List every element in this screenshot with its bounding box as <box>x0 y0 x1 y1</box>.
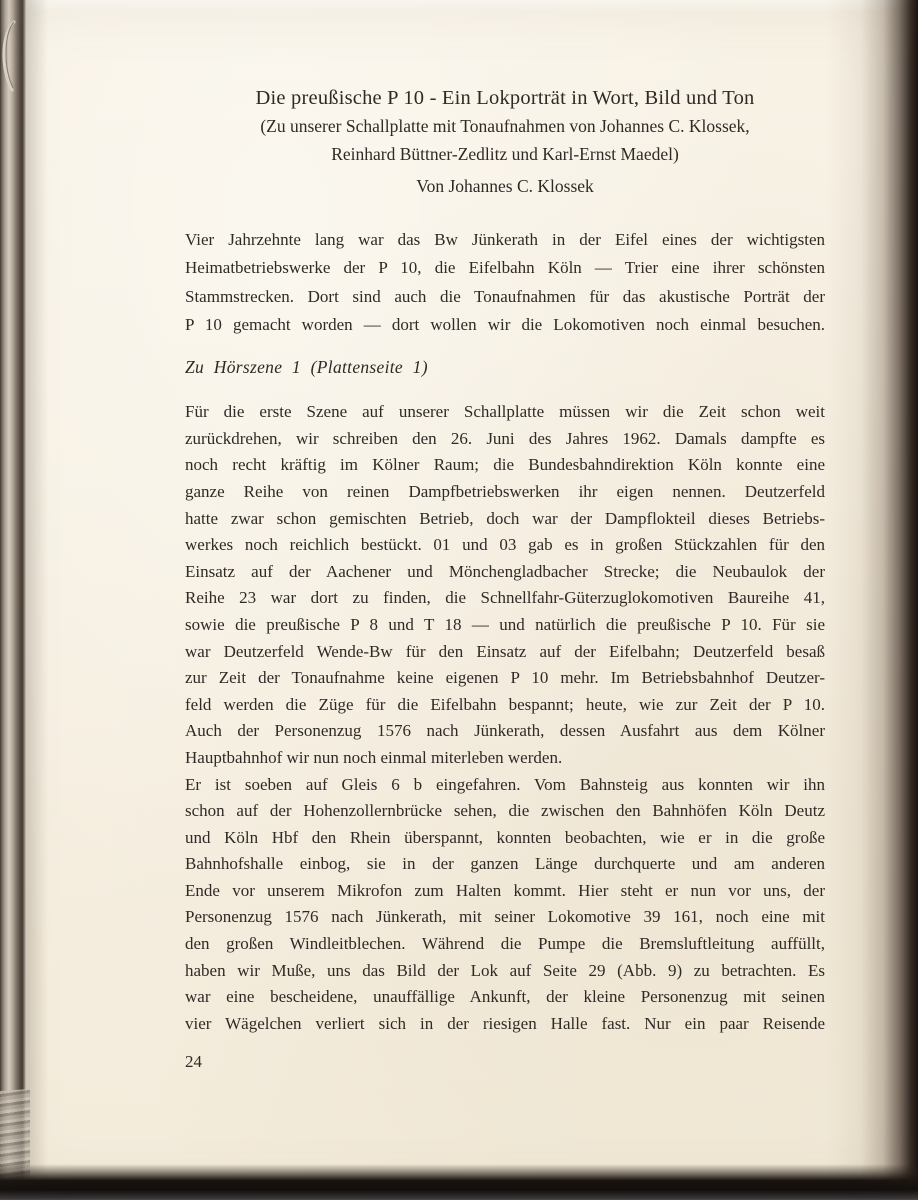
text-line: schon auf der Hohenzollernbrücke sehen, … <box>185 798 825 825</box>
scanner-bed-band <box>0 1164 918 1200</box>
text-line: Reihe 23 war dort zu finden, die Schnell… <box>185 585 825 612</box>
text-line: Auch der Personenzug 1576 nach Jünkerath… <box>185 718 825 745</box>
text-line: Personenzug 1576 nach Jünkerath, mit sei… <box>185 904 825 931</box>
book-page-scan: Die preußische P 10 - Ein Lokporträt in … <box>0 0 918 1200</box>
text-line: Einsatz auf der Aachener und Mönchenglad… <box>185 559 825 586</box>
text-line: war eine bescheidene, unauffällige Ankun… <box>185 984 825 1011</box>
text-line: sowie die preußische P 8 und T 18 — und … <box>185 612 825 639</box>
text-line: Hauptbahnhof wir nun noch einmal miterle… <box>185 745 825 772</box>
article-byline: Von Johannes C. Klossek <box>185 172 825 200</box>
page-curve-shadow <box>826 0 918 1200</box>
text-line: Vier Jahrzehnte lang war das Bw Jünkerat… <box>185 226 825 254</box>
text-line: vier Wägelchen verliert sich in der ries… <box>185 1011 825 1038</box>
text-line: den großen Windleitblechen. Während die … <box>185 931 825 958</box>
text-line: Für die erste Szene auf unserer Schallpl… <box>185 399 825 426</box>
text-line: P 10 gemacht worden — dort wollen wir di… <box>185 311 825 339</box>
text-line: Er ist soeben auf Gleis 6 b eingefahren.… <box>185 772 825 799</box>
text-line: und Köln Hbf den Rhein überspannt, konnt… <box>185 825 825 852</box>
article-subtitle-line-1: (Zu unserer Schallplatte mit Tonaufnahme… <box>185 112 825 140</box>
text-line: Ende vor unserem Mikrofon zum Halten kom… <box>185 878 825 905</box>
text-line: Bahnhofshalle einbog, sie in der ganzen … <box>185 851 825 878</box>
article-subtitle-line-2: Reinhard Büttner-Zedlitz und Karl-Ernst … <box>185 140 825 168</box>
text-line: zur Zeit der Tonaufnahme keine eigenen P… <box>185 665 825 692</box>
text-line: werkes noch reichlich bestückt. 01 und 0… <box>185 532 825 559</box>
binding-thread-icon <box>0 18 26 108</box>
text-line: haben wir Muße, uns das Bild der Lok auf… <box>185 958 825 985</box>
printed-text-column: Die preußische P 10 - Ein Lokporträt in … <box>185 84 825 1037</box>
article-title: Die preußische P 10 - Ein Lokporträt in … <box>185 84 825 112</box>
text-line: feld werden die Züge für die Eifelbahn b… <box>185 692 825 719</box>
book-binding-edge <box>0 0 26 1200</box>
page-number: 24 <box>185 1052 202 1072</box>
binding-inner-shadow <box>26 0 48 1200</box>
body-paragraph-1: Für die erste Szene auf unserer Schallpl… <box>185 399 825 771</box>
text-line: Heimatbetriebswerke der P 10, die Eifelb… <box>185 254 825 282</box>
intro-paragraph: Vier Jahrzehnte lang war das Bw Jünkerat… <box>185 226 825 339</box>
page-stack-edges <box>0 1089 30 1187</box>
text-line: ganze Reihe von reinen Dampfbetriebswerk… <box>185 479 825 506</box>
text-line: hatte zwar schon gemischten Betrieb, doc… <box>185 506 825 533</box>
body-paragraph-2: Er ist soeben auf Gleis 6 b eingefahren.… <box>185 772 825 1038</box>
section-heading: Zu Hörszene 1 (Plattenseite 1) <box>185 353 825 381</box>
text-line: Stammstrecken. Dort sind auch die Tonauf… <box>185 283 825 311</box>
text-line: noch recht kräftig im Kölner Raum; die B… <box>185 452 825 479</box>
scan-top-edge <box>0 0 918 12</box>
text-line: zurückdrehen, wir schreiben den 26. Juni… <box>185 426 825 453</box>
text-line: war Deutzerfeld Wende-Bw für den Einsatz… <box>185 639 825 666</box>
